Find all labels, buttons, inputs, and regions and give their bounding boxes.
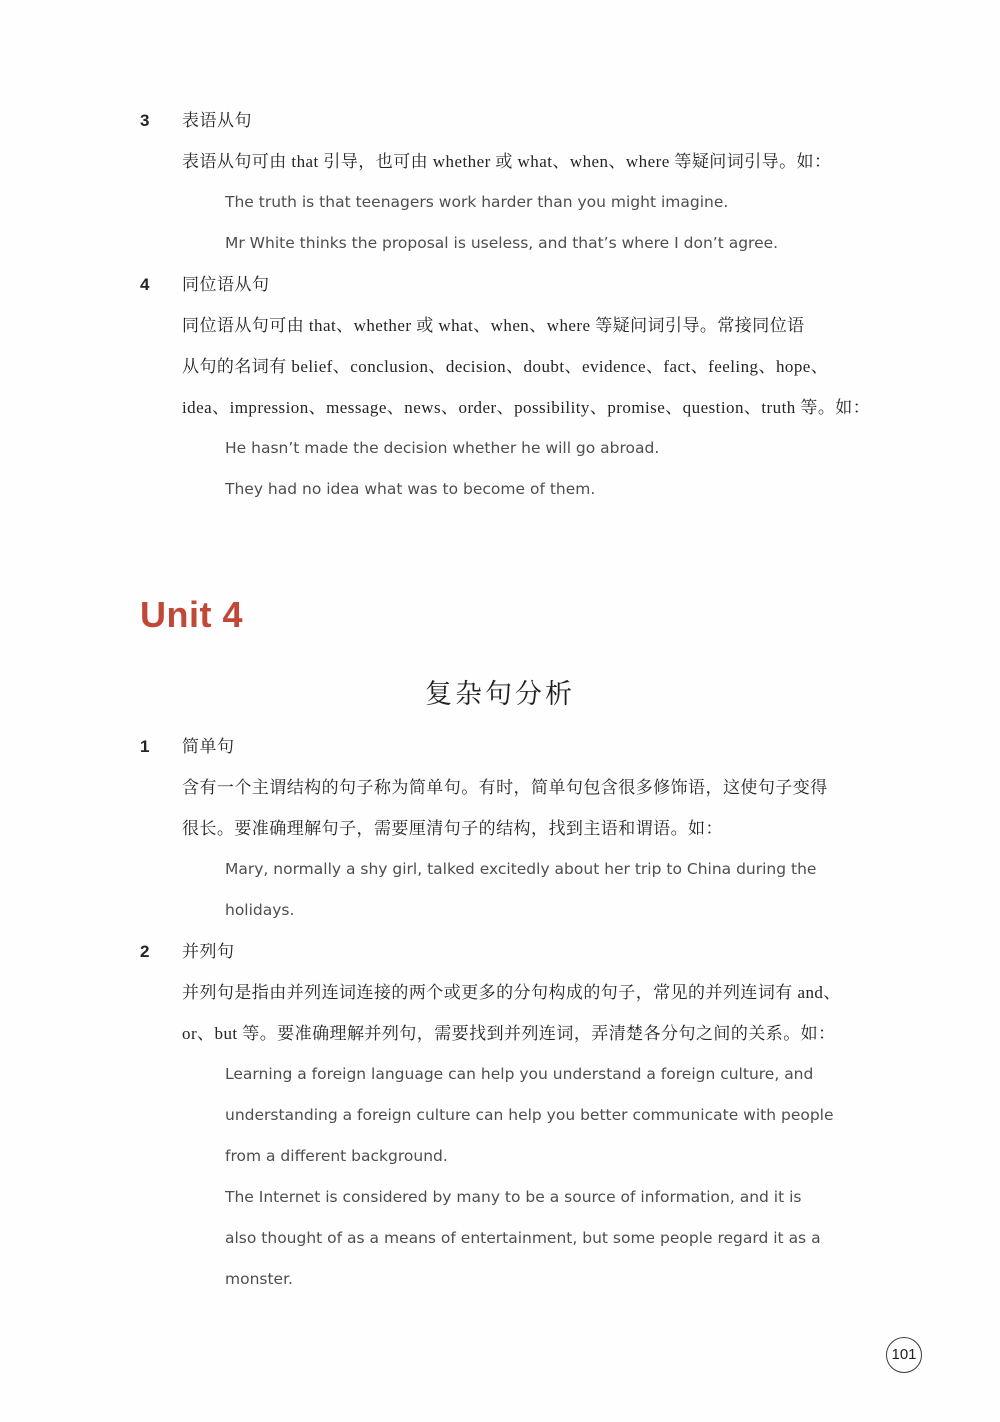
list-item-heading: 3表语从句 [0,100,1000,141]
clause-section: 3表语从句 表语从句可由 that 引导，也可由 whether 或 what、… [0,100,1000,510]
paragraph-line: 并列句是指由并列连词连接的两个或更多的分句构成的句子，常见的并列连词有 and、 [0,972,1000,1013]
item-title: 表语从句 [182,111,252,130]
item-title: 并列句 [182,942,235,961]
list-item-heading: 2并列句 [0,931,1000,972]
textbook-page: 3表语从句 表语从句可由 that 引导，也可由 whether 或 what、… [0,0,1000,1422]
list-item-heading: 1简单句 [0,726,1000,767]
paragraph-line: 表语从句可由 that 引导，也可由 whether 或 what、when、w… [0,141,1000,182]
example-line: Mary, normally a shy girl, talked excite… [0,849,1000,890]
example-line: understanding a foreign culture can help… [0,1095,1000,1136]
example-line: Mr White thinks the proposal is useless,… [0,223,1000,264]
example-line: monster. [0,1259,1000,1300]
paragraph-line: 很长。要准确理解句子，需要厘清句子的结构，找到主语和谓语。如： [0,808,1000,849]
paragraph-line: idea、impression、message、news、order、possi… [0,387,1000,428]
page-number-badge: 101 [886,1337,922,1373]
example-line: He hasn’t made the decision whether he w… [0,428,1000,469]
paragraph-line: 同位语从句可由 that、whether 或 what、when、where 等… [0,305,1000,346]
item-number: 3 [140,100,182,141]
item-title: 简单句 [182,737,235,756]
example-line: They had no idea what was to become of t… [0,469,1000,510]
example-line: from a different background. [0,1136,1000,1177]
item-number: 1 [140,726,182,767]
list-item-heading: 4同位语从句 [0,264,1000,305]
paragraph-line: or、but 等。要准确理解并列句，需要找到并列连词，弄清楚各分句之间的关系。如… [0,1013,1000,1054]
unit-title: Unit 4 [140,596,243,634]
example-line: The truth is that teenagers work harder … [0,182,1000,223]
item-title: 同位语从句 [182,275,270,294]
example-line: The Internet is considered by many to be… [0,1177,1000,1218]
example-line: holidays. [0,890,1000,931]
paragraph-line: 含有一个主谓结构的句子称为简单句。有时，简单句包含很多修饰语，这使句子变得 [0,767,1000,808]
sentence-section: 1简单句 含有一个主谓结构的句子称为简单句。有时，简单句包含很多修饰语，这使句子… [0,726,1000,1300]
example-line: Learning a foreign language can help you… [0,1054,1000,1095]
item-number: 2 [140,931,182,972]
example-line: also thought of as a means of entertainm… [0,1218,1000,1259]
item-number: 4 [140,264,182,305]
chapter-title: 复杂句分析 [0,679,1000,709]
paragraph-line: 从句的名词有 belief、conclusion、decision、doubt、… [0,346,1000,387]
